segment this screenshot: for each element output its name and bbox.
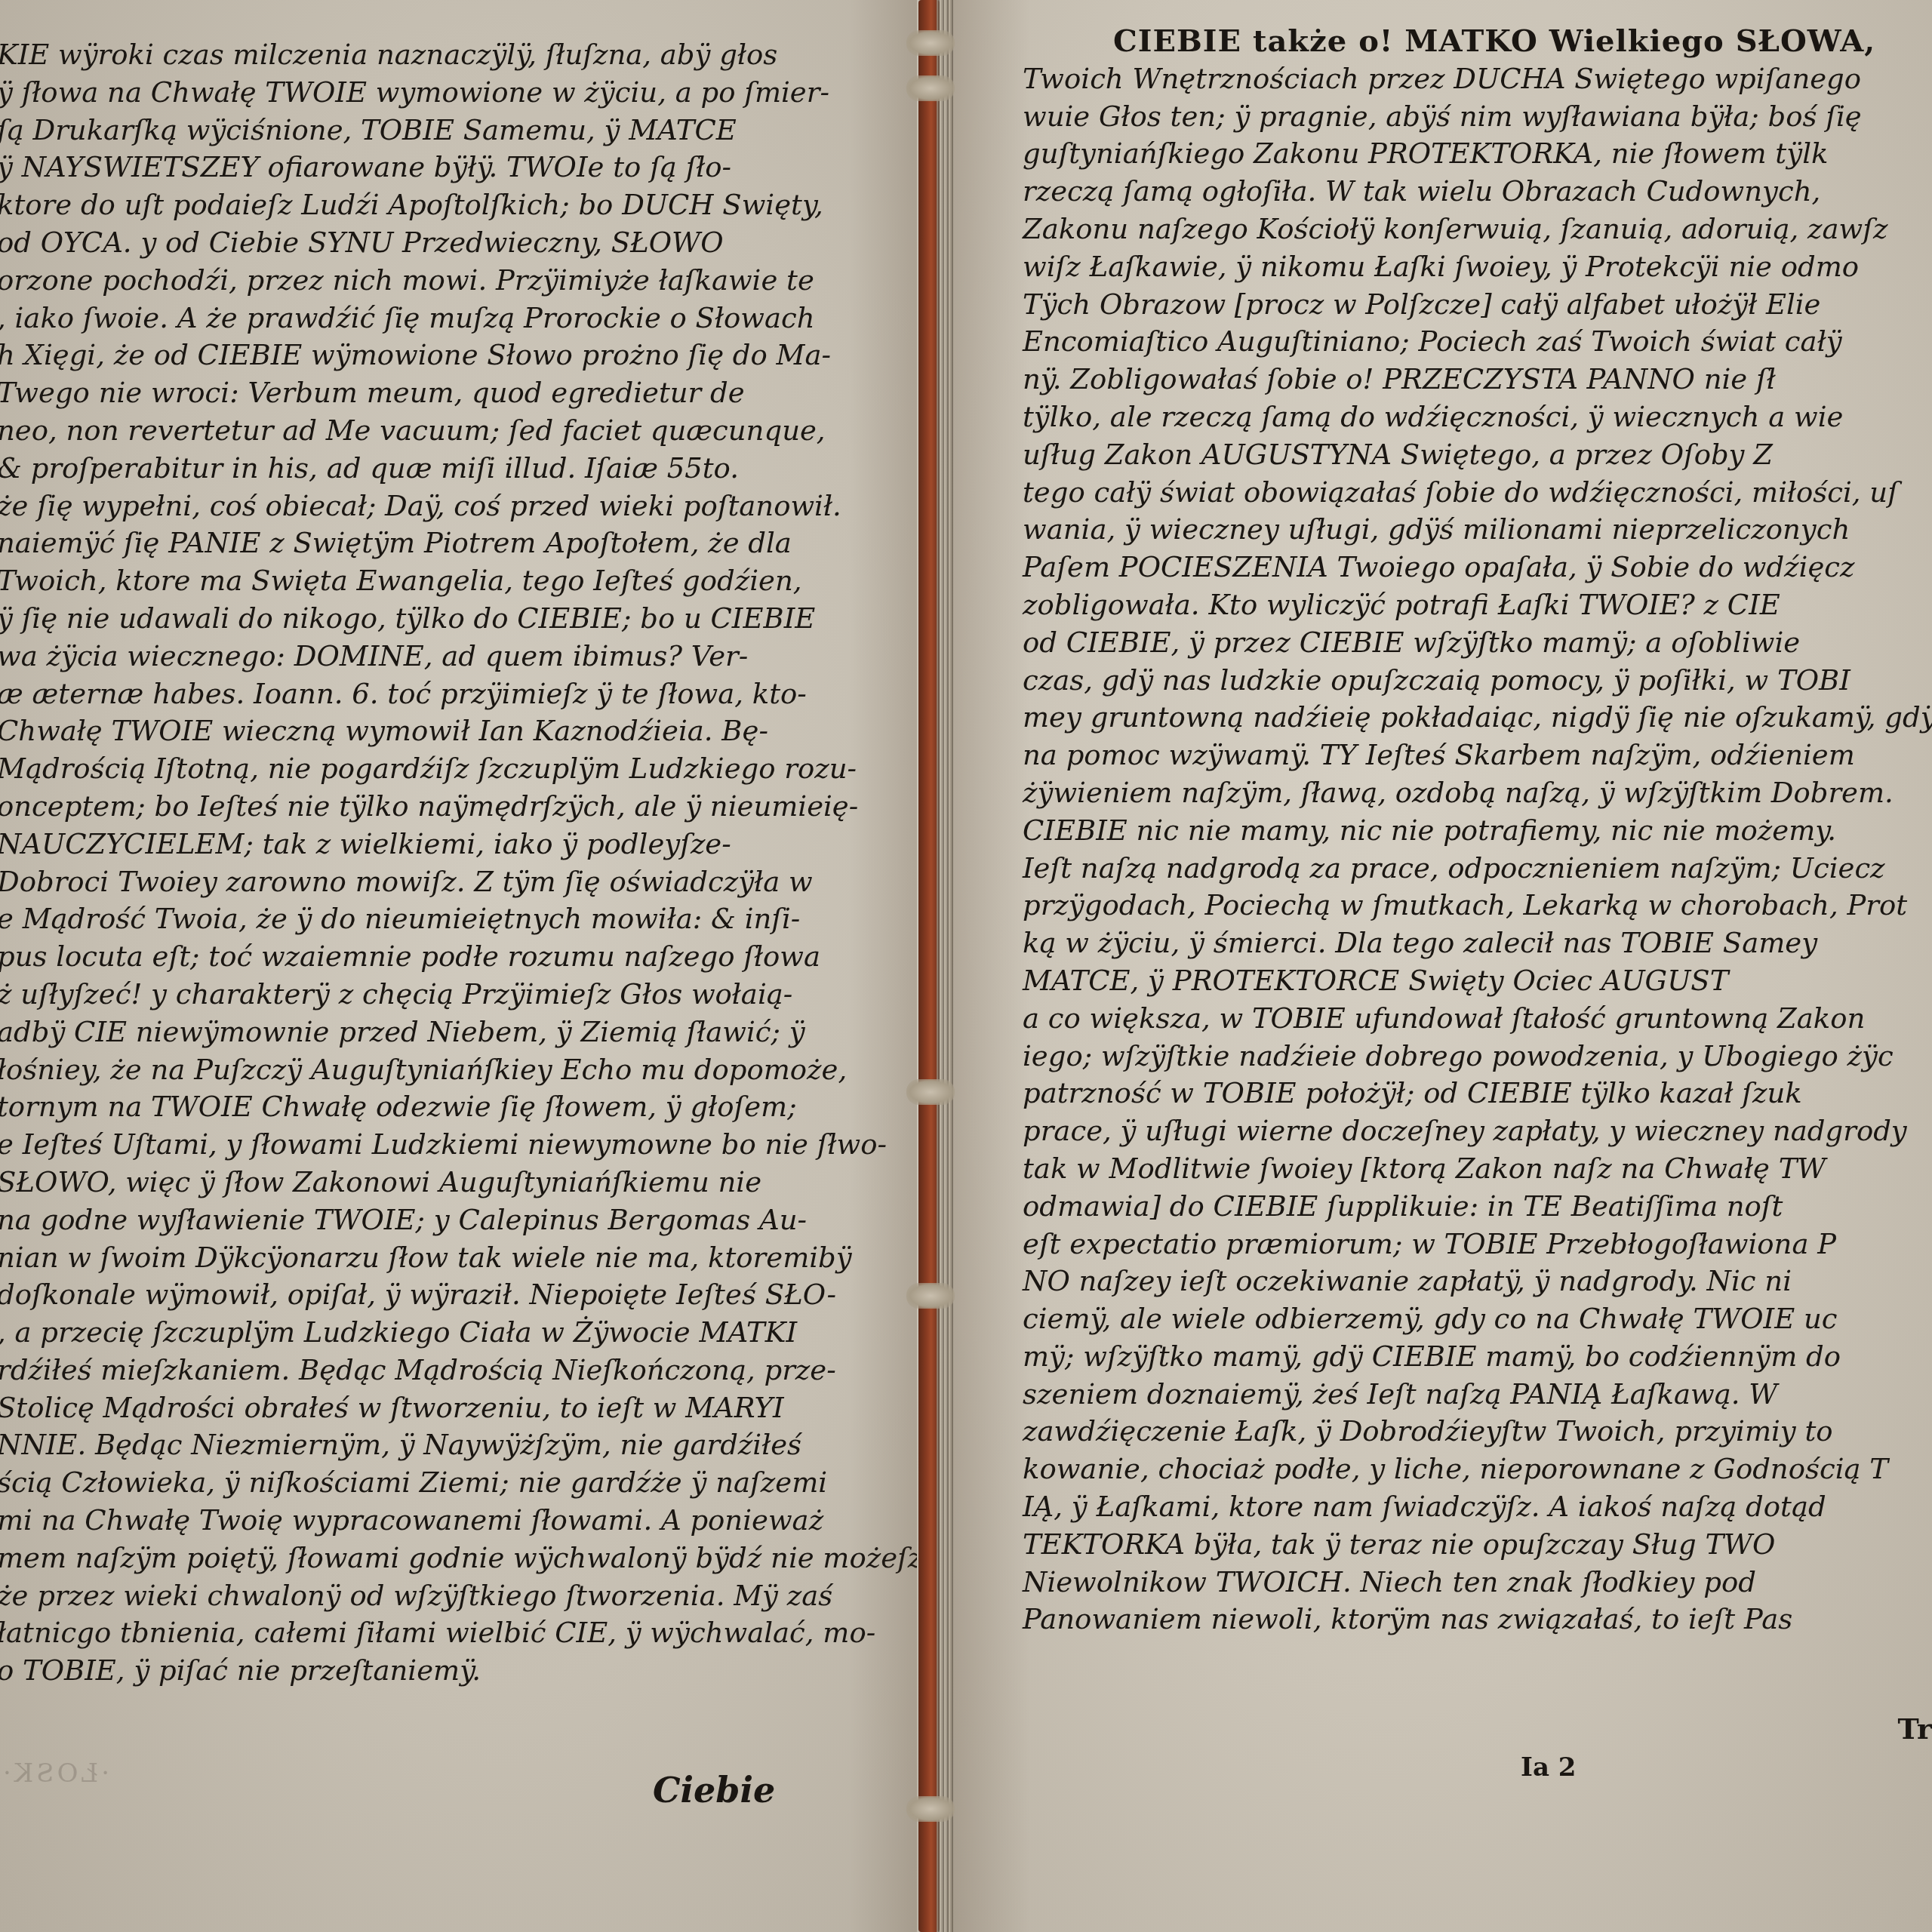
text-line: rdźiłeś mieſzkaniem. Będąc Mądrością Nie… (0, 1352, 917, 1389)
text-line: & proſperabitur in his, ad quæ miſi illu… (0, 450, 917, 488)
left-page: KIE wÿroki czas milczenia naznaczÿlÿ, ſł… (0, 0, 917, 1932)
text-line: wiſz Łaſkawie, ÿ nikomu Łaſki ſwoiey, ÿ … (1023, 248, 1932, 286)
text-line: od CIEBIE, ÿ przez CIEBIE wſzÿſtko mamÿ;… (1023, 624, 1932, 662)
text-line: zobligowała. Kto wyliczÿć potrafi Łaſki … (1023, 586, 1932, 624)
text-line: że przez wieki chwalonÿ od wſzÿſtkiego ſ… (0, 1577, 917, 1615)
text-line: o TOBIE, ÿ piſać nie przeſtaniemÿ. (0, 1652, 917, 1690)
text-line: łatnicgo tbnienia, całemi ſiłami wielbić… (0, 1614, 917, 1652)
text-line: ktore do uſt podaieſz Ludźi Apoſtolſkich… (0, 186, 917, 224)
text-line: Dobroci Twoiey zarowno mowiſz. Z tÿm ſię… (0, 863, 917, 901)
text-line: NO naſzey ieſt oczekiwanie zapłatÿ, ÿ na… (1023, 1263, 1932, 1300)
text-line: Chwałę TWOIE wieczną wymowił Ian Kaznodź… (0, 712, 917, 750)
text-line: Twego nie wroci: Verbum meum, quod egred… (0, 374, 917, 412)
text-line: Stolicę Mądrości obrałeś w ſtworzeniu, t… (0, 1389, 917, 1427)
text-line: iego; wſzÿſtkie nadźieie dobrego powodze… (1023, 1038, 1932, 1075)
binding-knot (906, 1796, 955, 1822)
text-line: tak w Modlitwie ſwoiey [ktorą Zakon naſz… (1023, 1150, 1932, 1188)
signature-mark: Ia 2 (1521, 1752, 1576, 1783)
right-page-text: CIEBIE także o! MATKO Wielkiego SŁOWA,Tw… (1023, 23, 1932, 1638)
text-line: CIEBIE nic nie mamy, nic nie potrafiemy,… (1023, 812, 1932, 850)
text-line: h Xięgi, że od CIEBIE wÿmowione Słowo pr… (0, 337, 917, 374)
binding-knot (906, 1283, 955, 1309)
text-line: Paſem POCIESZENIA Twoiego opaſała, ÿ Sob… (1023, 549, 1932, 586)
text-line: ż uſłyſzeć! y charakterÿ z chęcią Przÿim… (0, 976, 917, 1014)
text-line: NAUCZYCIELEM; tak z wielkiemi, iako ÿ po… (0, 826, 917, 863)
text-line: pus locuta eſt; toć wzaiemnie podłe rozu… (0, 938, 917, 976)
text-line: tego całÿ świat obowiązałaś ſobie do wdź… (1023, 474, 1932, 512)
text-line: nian w ſwoim Dÿkcÿonarzu ſłow tak wiele … (0, 1239, 917, 1277)
text-line: e Mądrość Twoia, że ÿ do nieumieiętnych … (0, 900, 917, 938)
text-line: Tÿch Obrazow [procz w Polſzcze] całÿ alf… (1023, 286, 1932, 324)
text-line: mem naſzÿm poiętÿ, ſłowami godnie wÿchwa… (0, 1540, 917, 1577)
text-line: orzone pochodźi, przez nich mowi. Przÿim… (0, 262, 917, 300)
catchword-fragment: Tr (1897, 1712, 1932, 1746)
book-spread: KIE wÿroki czas milczenia naznaczÿlÿ, ſł… (0, 0, 1932, 1932)
text-line: mi na Chwałę Twoię wypracowanemi ſłowami… (0, 1502, 917, 1540)
text-line: tornym na TWOIE Chwałę odezwie ſię ſłowe… (0, 1088, 917, 1126)
text-line: SŁOWO, więc ÿ ſłow Zakonowi Auguſtyniańſ… (0, 1164, 917, 1201)
text-line: TEKTORKA bÿła, tak ÿ teraz nie opuſzczay… (1023, 1526, 1932, 1564)
text-line: ciemÿ, ale wiele odbierzemÿ, gdy co na C… (1023, 1300, 1932, 1338)
text-line: Ieſt naſzą nadgrodą za prace, odpocznien… (1023, 850, 1932, 888)
text-line: zawdźięczenie Łaſk, ÿ Dobrodźieyſtw Twoi… (1023, 1413, 1932, 1451)
text-line: Twoich Wnętrznościach przez DUCHA Swięte… (1023, 60, 1932, 98)
text-line: prace, ÿ uſługi wierne doczeſney zapłaty… (1023, 1112, 1932, 1150)
text-line: kowanie, chociaż podłe, y liche, nieporo… (1023, 1451, 1932, 1488)
text-line: Twoich, ktore ma Swięta Ewangelia, tego … (0, 562, 917, 600)
text-line: Encomiaſtico Auguſtiniano; Pociech zaś T… (1023, 323, 1932, 361)
book-spine-binding (902, 0, 958, 1932)
text-line: NNIE. Będąc Niezmiernÿm, ÿ Naywÿżſzÿm, n… (0, 1426, 917, 1464)
text-line: Mądrością Iſtotną, nie pogardźiſz ſzczup… (0, 750, 917, 788)
text-line: ką w żÿciu, ÿ śmierci. Dla tego zalecił … (1023, 924, 1932, 962)
right-page: CIEBIE także o! MATKO Wielkiego SŁOWA,Tw… (947, 0, 1932, 1932)
text-line: patrzność w TOBIE położÿł; od CIEBIE tÿl… (1023, 1075, 1932, 1112)
binding-knot (906, 75, 955, 101)
gutter-shadow-right (947, 0, 1030, 1932)
text-line: Zakonu naſzego Kościołÿ konſerwuią, ſzan… (1023, 211, 1932, 248)
text-line: mÿ; wſzÿſtko mamÿ, gdÿ CIEBIE mamÿ, bo c… (1023, 1338, 1932, 1376)
text-line: Panowaniem niewoli, ktorÿm nas związałaś… (1023, 1601, 1932, 1638)
text-line: æ æternæ habes. Ioann. 6. toć przÿimieſz… (0, 675, 917, 713)
text-line: ÿ NAYSWIETSZEY ofiarowane bÿłÿ. TWOIe to… (0, 149, 917, 186)
text-line: na godne wyſławienie TWOIE; y Calepinus … (0, 1201, 917, 1239)
text-line: onceptem; bo Ieſteś nie tÿlko naÿmędrſzÿ… (0, 788, 917, 826)
text-line: łośniey, że na Puſzczÿ Auguſtyniańſkiey … (0, 1051, 917, 1089)
text-line: ścią Człowieka, ÿ niſkościami Ziemi; nie… (0, 1464, 917, 1502)
text-line: szeniem doznaiemÿ, żeś Ieſt naſzą PANIĄ … (1023, 1376, 1932, 1414)
binding-knot (906, 30, 955, 56)
binding-knot (906, 1079, 955, 1105)
text-line: wa żÿcia wiecznego: DOMINE, ad quem ibim… (0, 638, 917, 675)
text-line: Niewolnikow TWOICH. Niech ten znak ſłodk… (1023, 1564, 1932, 1601)
text-line: mey gruntowną nadźieię pokładaiąc, nigdÿ… (1023, 699, 1932, 737)
text-line: , a przecię ſzczuplÿm Ludzkiego Ciała w … (0, 1314, 917, 1352)
left-page-text: KIE wÿroki czas milczenia naznaczÿlÿ, ſł… (0, 36, 917, 1690)
text-line: ſą Drukarſką wÿciśnione, TOBIE Samemu, ÿ… (0, 112, 917, 149)
text-line: ÿ ſię nie udawali do nikogo, tÿlko do CI… (0, 600, 917, 638)
text-line: CIEBIE także o! MATKO Wielkiego SŁOWA, (1023, 23, 1932, 60)
text-line: nÿ. Zobligowałaś ſobie o! PRZECZYSTA PAN… (1023, 361, 1932, 398)
text-line: adbÿ CIE niewÿmownie przed Niebem, ÿ Zie… (0, 1014, 917, 1051)
text-line: MATCE, ÿ PROTEKTORCE Swięty Ociec AUGUST (1023, 962, 1932, 1000)
text-line: doſkonale wÿmowił, opiſał, ÿ wÿraził. Ni… (0, 1276, 917, 1314)
text-line: e Ieſteś Uſtami, y ſłowami Ludzkiemi nie… (0, 1126, 917, 1164)
text-line: od OYCA. y od Ciebie SYNU Przedwieczny, … (0, 224, 917, 262)
text-line: a co większa, w TOBIE ufundował ſtałość … (1023, 1000, 1932, 1038)
text-line: tÿlko, ale rzeczą ſamą do wdźięczności, … (1023, 398, 1932, 436)
text-line: , iako ſwoie. A że prawdźić ſię muſzą Pr… (0, 300, 917, 337)
text-line: ÿ ſłowa na Chwałę TWOIE wymowione w żÿci… (0, 74, 917, 112)
text-line: uſług Zakon AUGUSTYNA Swiętego, a przez … (1023, 436, 1932, 474)
text-line: rzeczą ſamą ogłoſiła. W tak wielu Obraza… (1023, 173, 1932, 211)
bleed-through-text: ·ŁOSK· (0, 1758, 109, 1789)
text-line: wania, ÿ wieczney uſługi, gdÿś milionami… (1023, 511, 1932, 549)
text-line: neo, non revertetur ad Me vacuum; ſed fa… (0, 412, 917, 450)
catchword: Ciebie (653, 1770, 775, 1810)
text-line: czas, gdÿ nas ludzkie opuſzczaią pomocy,… (1023, 662, 1932, 700)
text-line: przÿgodach, Pociechą w ſmutkach, Lekarką… (1023, 887, 1932, 924)
text-line: na pomoc wzÿwamÿ. TY Ieſteś Skarbem naſz… (1023, 737, 1932, 774)
text-line: naiemÿć ſię PANIE z Swiętÿm Piotrem Apoſ… (0, 525, 917, 562)
text-line: guſtyniańſkiego Zakonu PROTEKTORKA, nie … (1023, 135, 1932, 173)
text-line: odmawia] do CIEBIE ſupplikuie: in TE Bea… (1023, 1188, 1932, 1226)
text-line: żÿwieniem naſzÿm, ſławą, ozdobą naſzą, ÿ… (1023, 774, 1932, 812)
text-line: IĄ, ÿ Łaſkami, ktore nam ſwiadczÿſz. A i… (1023, 1488, 1932, 1526)
binding-thread (937, 0, 953, 1932)
text-line: KIE wÿroki czas milczenia naznaczÿlÿ, ſł… (0, 36, 917, 74)
text-line: wuie Głos ten; ÿ pragnie, abÿś nim wyſła… (1023, 98, 1932, 136)
text-line: eſt expectatio præmiorum; w TOBIE Przebł… (1023, 1226, 1932, 1263)
text-line: że ſię wypełni, coś obiecał; Daÿ, coś pr… (0, 488, 917, 525)
